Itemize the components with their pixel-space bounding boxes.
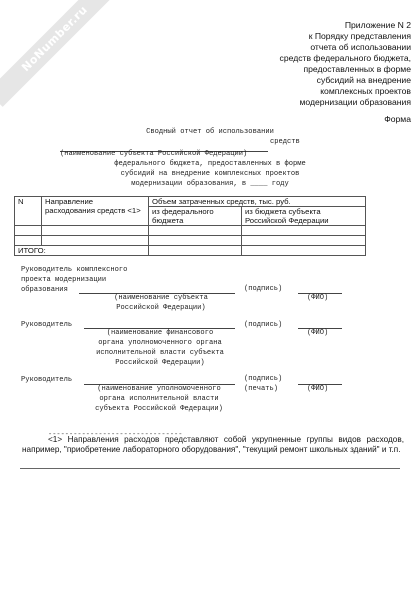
fio-caption-1: (ФИО): [307, 294, 328, 304]
appendix-line: комплексных проектов: [211, 86, 411, 97]
authorized-organ-caption: (наименование уполномоченного органа исп…: [84, 385, 234, 415]
stamp-label: (печать): [244, 385, 282, 395]
header-volume: Объем затраченных средств, тыс. руб.: [149, 197, 366, 207]
subject-caption: (наименование субъекта Российской Федера…: [60, 150, 305, 160]
caption-line: (наименование уполномоченного: [84, 385, 234, 395]
report-title: Сводный отчет об использовании: [0, 128, 420, 138]
watermark: NoNumber.ru: [0, 0, 123, 107]
cell: [242, 236, 366, 246]
expenses-table: N Направление расходования средств <1> О…: [14, 196, 366, 256]
finance-organ-caption: (наименование финансового органа уполном…: [80, 329, 240, 369]
cell: [149, 226, 242, 236]
cell: [149, 236, 242, 246]
sign-label: (подпись): [244, 375, 282, 385]
appendix-line: Приложение N 2: [211, 20, 411, 31]
sign-caption-1: (подпись): [244, 285, 282, 295]
table-row: [15, 236, 366, 246]
total-regional: [242, 246, 366, 256]
caption-line: Российской Федерации): [97, 304, 225, 314]
header-federal: из федерального бюджета: [149, 207, 242, 226]
cell: [42, 236, 149, 246]
appendix-line: предоставленных в форме: [211, 64, 411, 75]
title-line: модернизации образования, в ____ году: [0, 180, 420, 190]
cell: [42, 226, 149, 236]
signature-role-2: Руководитель: [21, 321, 72, 331]
appendix-line: отчета об использовании: [211, 42, 411, 53]
title-line: субсидий на внедрение комплексных проект…: [0, 170, 420, 180]
caption-line: (наименование субъекта: [97, 294, 225, 304]
appendix-line: модернизации образования: [211, 97, 411, 108]
caption-line: органа исполнительной власти: [84, 395, 234, 405]
cell: [242, 226, 366, 236]
title-sredstv: средств: [270, 138, 300, 148]
signature-role-3: Руководитель: [21, 376, 72, 386]
fio-caption-3: (ФИО): [307, 385, 328, 395]
header-n: N: [15, 197, 42, 226]
caption-line: исполнительной власти субъекта: [80, 349, 240, 359]
role-line: проекта модернизации: [21, 276, 127, 286]
total-label: ИТОГО:: [15, 246, 149, 256]
footnote-text: <1> Направления расходов представляют со…: [22, 435, 404, 454]
caption-line: (наименование финансового: [80, 329, 240, 339]
caption-line: Российской Федерации): [80, 359, 240, 369]
sign-caption-2: (подпись): [244, 321, 282, 331]
appendix-header: Приложение N 2 к Порядку представления о…: [211, 20, 411, 108]
footnote: <1> Направления расходов представляют со…: [22, 435, 404, 455]
cell: [15, 236, 42, 246]
subject-caption-1: (наименование субъекта Российской Федера…: [97, 294, 225, 314]
title-line: федерального бюджета, предоставленных в …: [0, 160, 420, 170]
caption-line: субъекта Российской Федерации): [84, 405, 234, 415]
bottom-rule: [20, 468, 400, 469]
header-direction: Направление расходования средств <1>: [42, 197, 149, 226]
sign-caption-3: (подпись) (печать): [244, 375, 282, 395]
total-federal: [149, 246, 242, 256]
table-row: [15, 226, 366, 236]
form-label: Форма: [384, 114, 411, 124]
appendix-line: субсидий на внедрение: [211, 75, 411, 86]
fio-caption-2: (ФИО): [307, 329, 328, 339]
caption-line: органа уполномоченного органа: [80, 339, 240, 349]
table-header-row: N Направление расходования средств <1> О…: [15, 197, 366, 207]
cell: [15, 226, 42, 236]
role-line: Руководитель комплексного: [21, 266, 127, 276]
appendix-line: к Порядку представления: [211, 31, 411, 42]
table-total-row: ИТОГО:: [15, 246, 366, 256]
header-regional: из бюджета субъекта Российской Федерации: [242, 207, 366, 226]
title-continuation: федерального бюджета, предоставленных в …: [0, 160, 420, 190]
signature-role-1: Руководитель комплексного проекта модерн…: [21, 266, 127, 296]
appendix-line: средств федерального бюджета,: [211, 53, 411, 64]
